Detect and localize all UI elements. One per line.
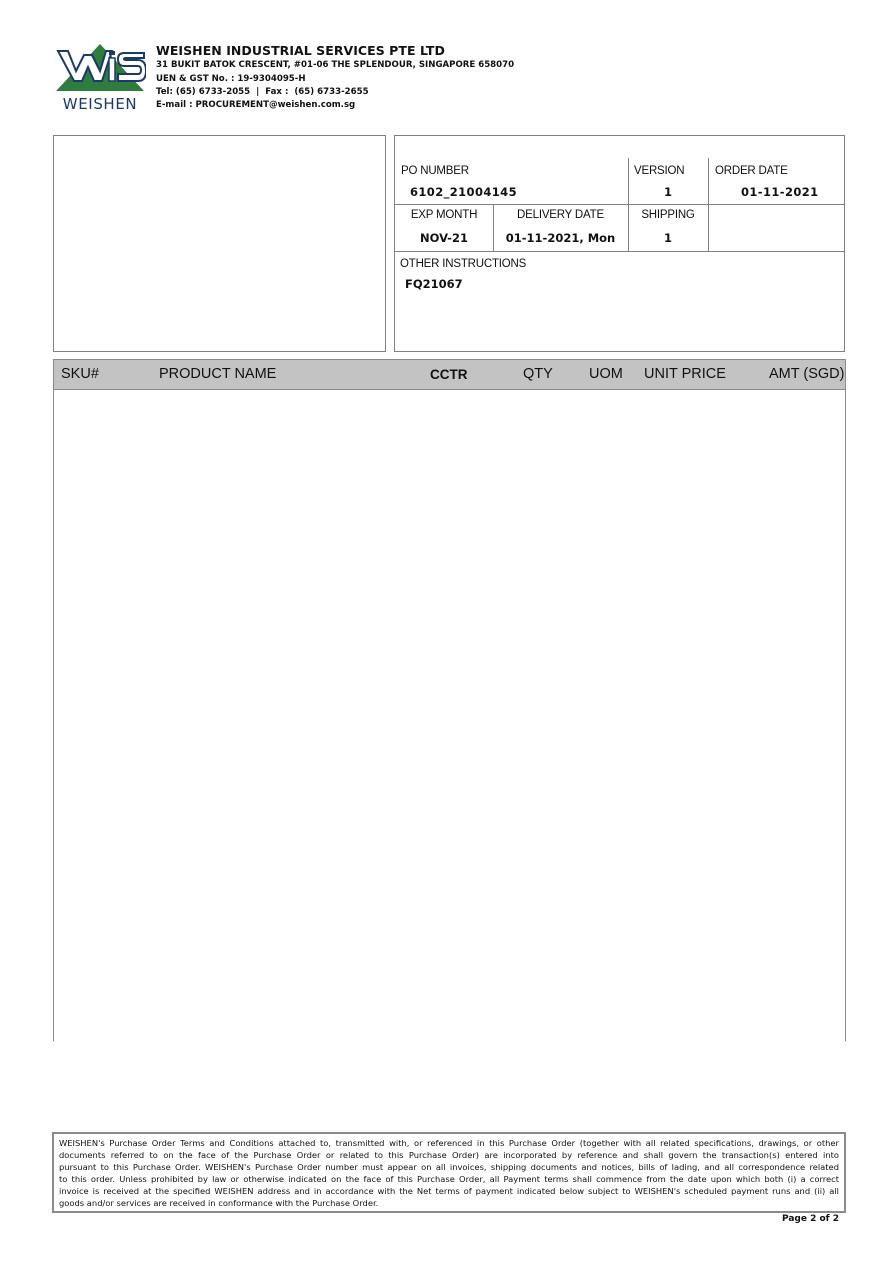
delivery-date-label: DELIVERY DATE	[493, 209, 628, 221]
weishen-logo-icon	[54, 41, 146, 93]
company-contact: Tel: (65) 6733-2055 | Fax : (65) 6733-26…	[156, 86, 514, 99]
order-date-value: 01-11-2021	[741, 185, 819, 199]
other-instructions-label: OTHER INSTRUCTIONS	[400, 258, 526, 270]
column-header-product-name: PRODUCT NAME	[159, 366, 276, 382]
terms-line: documents referred to on the face of the…	[59, 1149, 839, 1161]
terms-and-conditions: WEISHEN's Purchase Order Terms and Condi…	[52, 1132, 846, 1213]
order-date-label: ORDER DATE	[715, 165, 788, 177]
shipping-label: SHIPPING	[628, 209, 708, 221]
column-header-sku: SKU#	[61, 366, 99, 382]
version-label: VERSION	[634, 165, 684, 177]
order-info-box: PO NUMBER 6102_21004145 VERSION 1 ORDER …	[394, 135, 845, 352]
terms-line: goods and/or services are received in co…	[59, 1197, 839, 1209]
column-header-qty: QTY	[523, 366, 553, 382]
divider	[395, 204, 844, 205]
logo-wordmark: WEISHEN	[54, 95, 146, 113]
items-table-header: SKU# PRODUCT NAME CCTR QTY UOM UNIT PRIC…	[53, 359, 846, 390]
po-number-value: 6102_21004145	[410, 185, 517, 199]
po-number-label: PO NUMBER	[401, 165, 469, 177]
company-uen: UEN & GST No. : 19-9304095-H	[156, 73, 514, 86]
shipping-value: 1	[628, 231, 708, 245]
company-logo: WEISHEN	[54, 41, 146, 115]
delivery-date-value: 01-11-2021, Mon	[493, 231, 628, 245]
terms-line: invoice is received at the specified WEI…	[59, 1185, 839, 1197]
page-indicator: Page 2 of 2	[782, 1214, 839, 1224]
terms-line: WEISHEN's Purchase Order Terms and Condi…	[59, 1137, 839, 1149]
terms-line: pursuant to this Purchase Order. WEISHEN…	[59, 1161, 839, 1173]
version-value: 1	[628, 185, 708, 199]
column-header-cctr: CCTR	[430, 367, 468, 382]
company-details: WEISHEN INDUSTRIAL SERVICES PTE LTD 31 B…	[156, 44, 514, 112]
items-table-body	[53, 389, 846, 1041]
company-email: E-mail : PROCUREMENT@weishen.com.sg	[156, 99, 514, 112]
exp-month-label: EXP MONTH	[395, 209, 493, 221]
company-address: 31 BUKIT BATOK CRESCENT, #01-06 THE SPLE…	[156, 59, 514, 72]
divider	[395, 251, 844, 252]
column-header-amount: AMT (SGD)	[769, 366, 844, 382]
terms-line: to this order. Unless prohibited by law …	[59, 1173, 839, 1185]
divider	[708, 158, 709, 251]
other-instructions-value: FQ21067	[405, 277, 463, 291]
column-header-uom: UOM	[589, 366, 623, 382]
company-name: WEISHEN INDUSTRIAL SERVICES PTE LTD	[156, 44, 514, 57]
vendor-address-box	[53, 135, 386, 352]
exp-month-value: NOV-21	[395, 231, 493, 245]
column-header-unit-price: UNIT PRICE	[644, 366, 726, 382]
